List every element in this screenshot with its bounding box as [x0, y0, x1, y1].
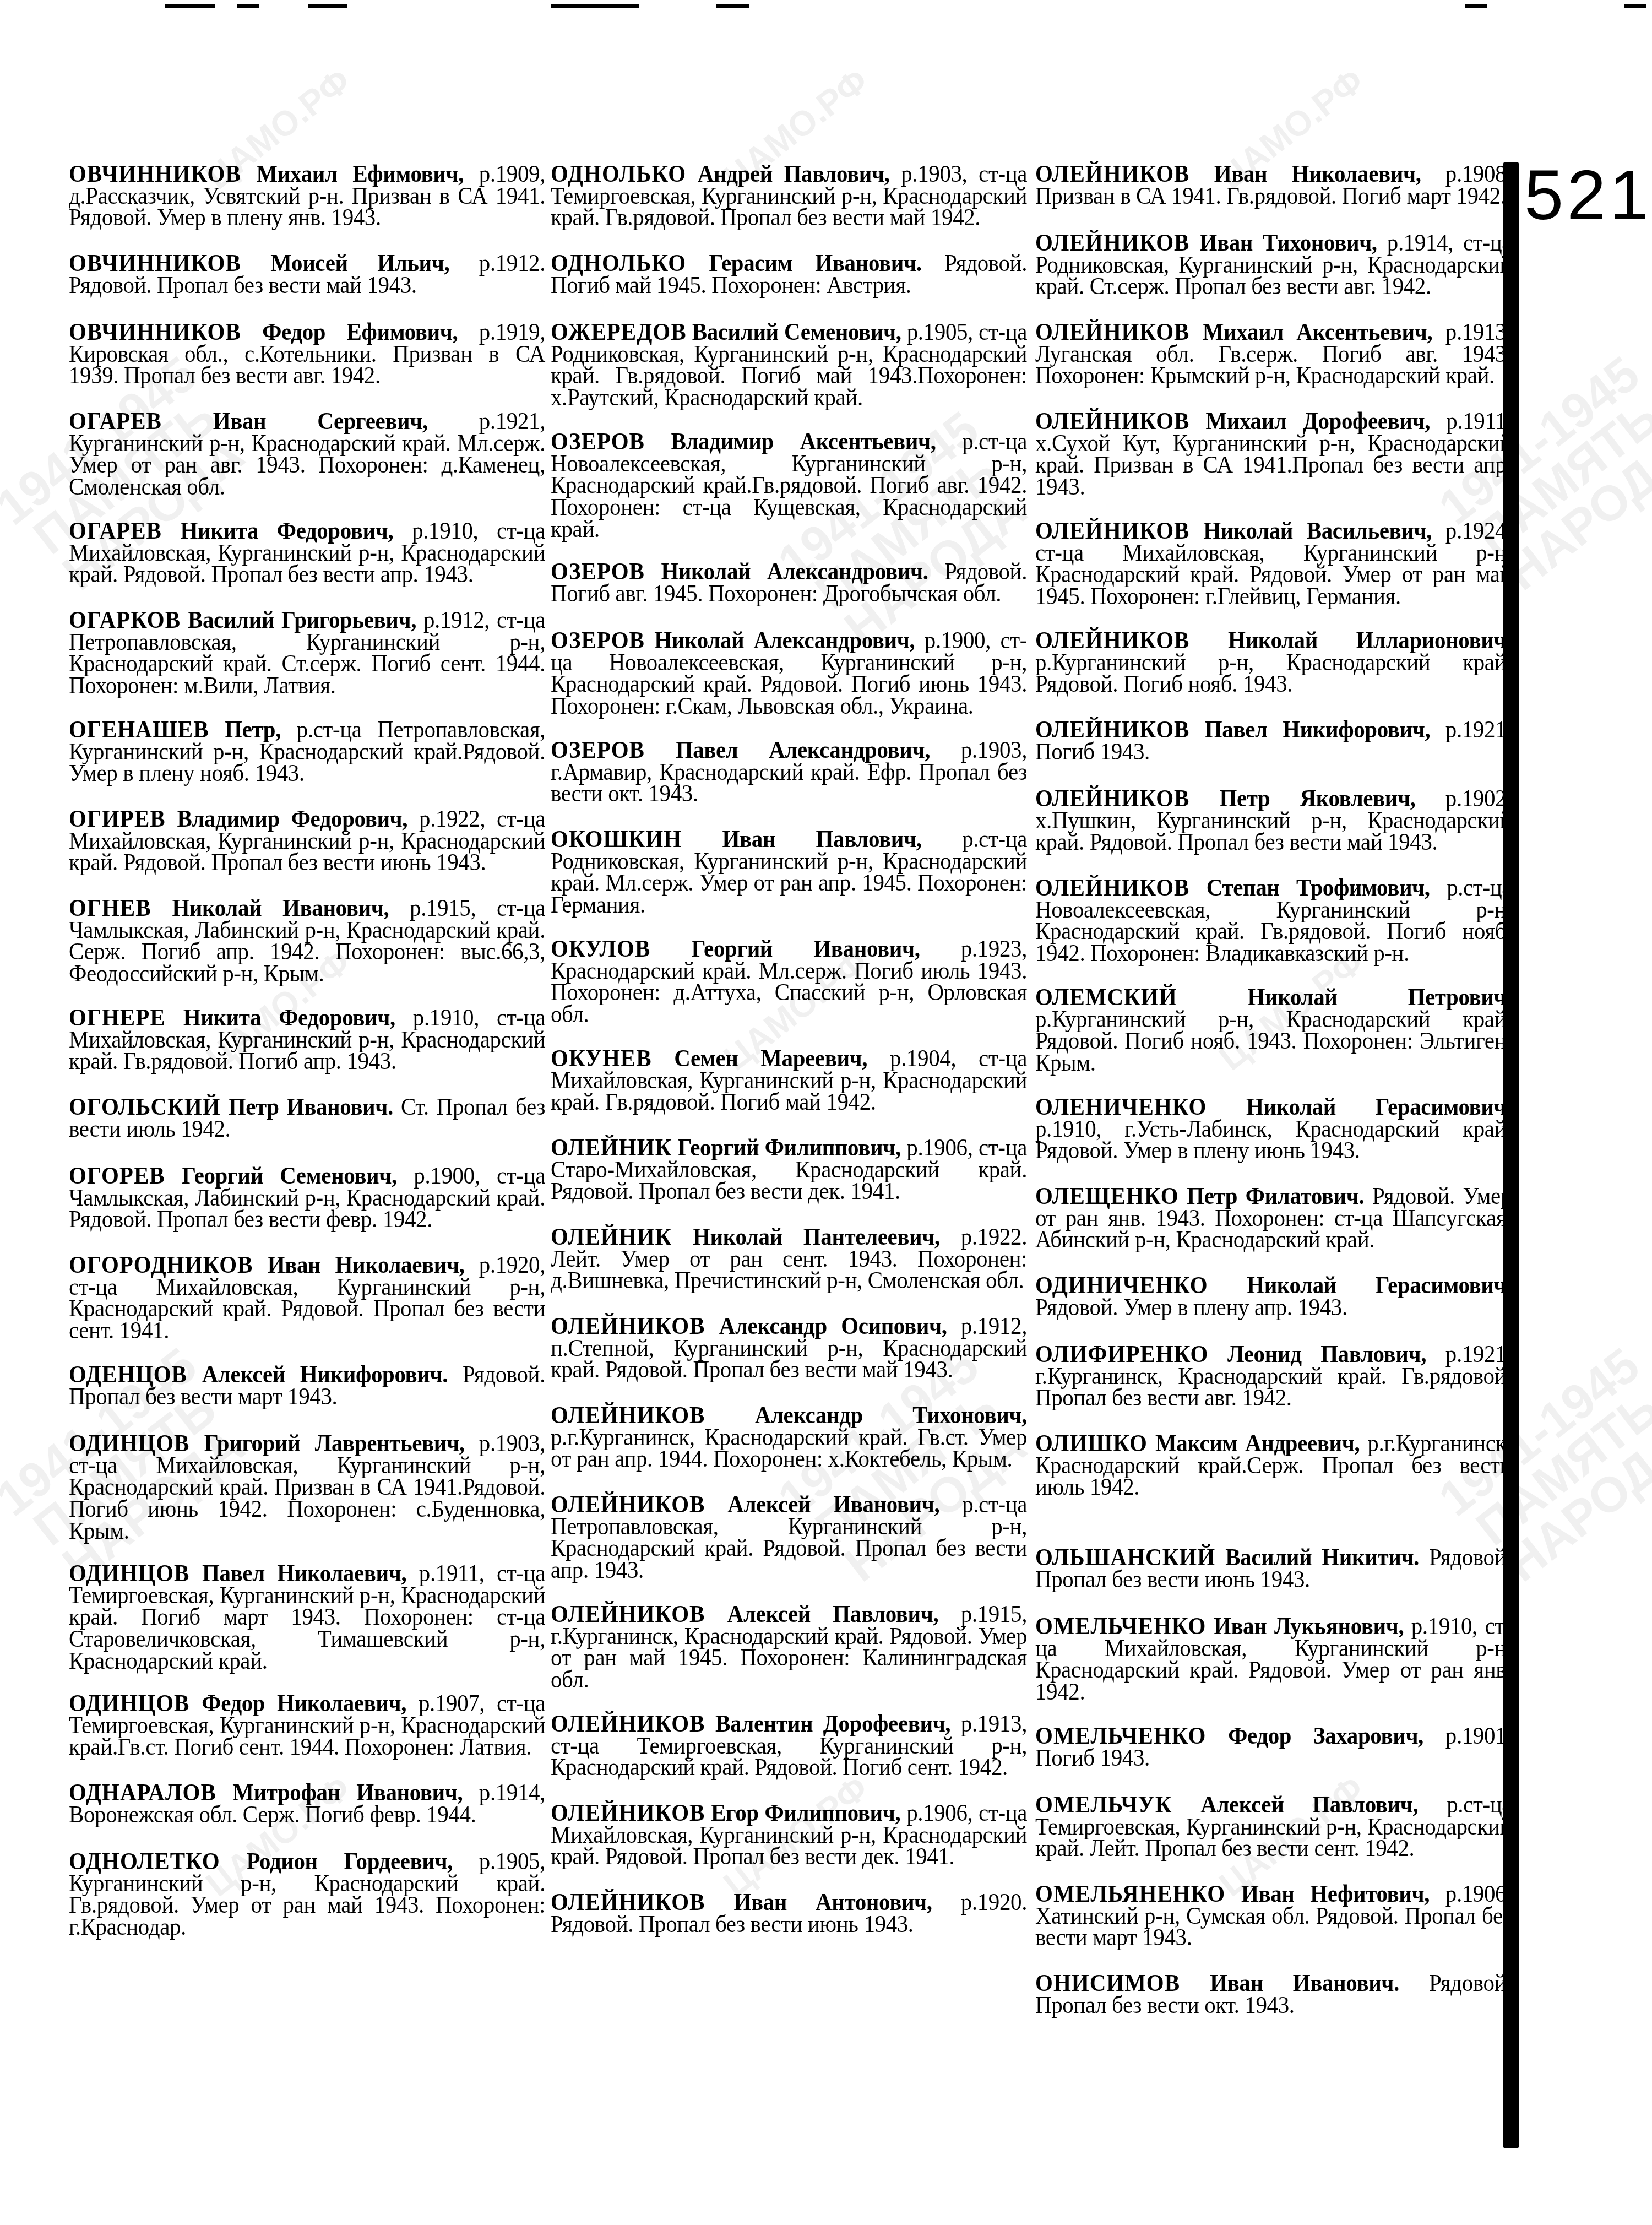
entry: ОГОЛЬСКИЙ Петр Иванович. Ст. Пропал без … [69, 1095, 545, 1139]
entry: ОЛЕЙНИКОВ Алексей Иванович, р.ст-ца Петр… [551, 1493, 1027, 1581]
entry: ОДИНЦОВ Павел Николаевич, р.1911, ст-ца … [69, 1562, 545, 1672]
entry: ОДИНИЧЕНКО Николай Герасимович. Рядовой.… [1035, 1274, 1512, 1318]
entry-details: Рядовой. Умер в плену апр. 1943. [1035, 1293, 1347, 1321]
scan-speck [237, 4, 259, 8]
entry: ОГАРЕВ Никита Федорович, р.1910, ст-ца М… [69, 519, 545, 585]
entry: ОГОРЕВ Георгий Семенович, р.1900, ст-ца … [69, 1164, 545, 1230]
scan-noise [0, 0, 1652, 17]
entry-given-name: Петр Иванович. [229, 1093, 393, 1120]
entry: ОЗЕРОВ Николай Александрович. Рядовой. П… [551, 560, 1027, 604]
entry: ОМЕЛЬЧЕНКО Федор Захарович, р.1901. Поги… [1035, 1724, 1512, 1768]
entry: ОДЕНЦОВ Алексей Никифорович. Рядовой. Пр… [69, 1363, 545, 1407]
entry: ОЛЕЙНИКОВ Иван Антонович, р.1920. Рядово… [551, 1891, 1027, 1935]
entry: ОЛИФИРЕНКО Леонид Павлович, р.1921, г.Ку… [1035, 1343, 1512, 1409]
scan-speck [551, 4, 639, 8]
entry-details: р.Курганинский р-н, Краснодарский край. … [1035, 1005, 1512, 1077]
entry: ОВЧИННИКОВ Моисей Ильич, р.1912. Рядовой… [69, 252, 545, 296]
entry: ОЛЕНИЧЕНКО Николай Герасимович, р.1910, … [1035, 1095, 1512, 1162]
entry: ОКОШКИН Иван Павлович, р.ст-ца Родниковс… [551, 828, 1027, 916]
scan-speck [1465, 4, 1487, 8]
entry: ОЛЕЙНИКОВ Иван Николаевич, р.1908, Призв… [1035, 162, 1512, 207]
scan-speck [716, 4, 749, 8]
entry: ОЛЕМСКИЙ Николай Петрович, р.Курганински… [1035, 986, 1512, 1074]
scan-speck [165, 4, 215, 8]
entry: ОЛЕЙНИК Георгий Филиппович, р.1906, ст-ц… [551, 1136, 1027, 1202]
entry: ОЛЕЙНИКОВ Александр Тихонович, р.г.Курга… [551, 1404, 1027, 1470]
entry: ОДИНЦОВ Григорий Лаврентьевич, р.1903, с… [69, 1432, 545, 1542]
entry: ОГОРОДНИКОВ Иван Николаевич, р.1920, ст-… [69, 1253, 545, 1342]
entry: ОЖЕРЕДОВ Василий Семенович, р.1905, ст-ц… [551, 321, 1027, 409]
entry: ОЛЕЙНИК Николай Пантелеевич, р.1922. Лей… [551, 1225, 1027, 1291]
entry: ОВЧИННИКОВ Михаил Ефимович, р.1909, д.Ра… [69, 162, 545, 229]
entry: ОЛЕЙНИКОВ Валентин Дорофеевич, р.1913, с… [551, 1712, 1027, 1778]
entry-given-name: Павел Никифорович, [1205, 715, 1430, 743]
entry: ОЛЕЙНИКОВ Александр Осипович, р.1912, п.… [551, 1315, 1027, 1381]
entry: ОГЕНАШЕВ Петр, р.ст-ца Петропавловская, … [69, 718, 545, 784]
entry: ОДНАРАЛОВ Митрофан Иванович, р.1914, Вор… [69, 1781, 545, 1825]
entry: ОГНЕРЕ Никита Федорович, р.1910, ст-ца М… [69, 1006, 545, 1072]
entry: ОМЕЛЬЧЕНКО Иван Лукьянович, р.1910, ст-ц… [1035, 1615, 1512, 1703]
page-number: 521 [1524, 165, 1652, 226]
entry: ОЛЕЙНИКОВ Егор Филиппович, р.1906, ст-ца… [551, 1801, 1027, 1868]
column-2: ОДНОЛЬКО Андрей Павлович, р.1903, ст-ца … [551, 162, 1027, 1960]
entry: ОЛЕЩЕНКО Петр Филатович. Рядовой. Умер о… [1035, 1185, 1512, 1251]
entry: ОГАРЕВ Иван Сергеевич, р.1921, Курганинс… [69, 410, 545, 498]
entry: ОЛЕЙНИКОВ Алексей Павлович, р.1915, г.Ку… [551, 1603, 1027, 1691]
entry: ОЛЕЙНИКОВ Петр Яковлевич, р.1902, х.Пушк… [1035, 787, 1512, 853]
scan-speck [308, 4, 347, 8]
entry: ОЗЕРОВ Николай Александрович, р.1900, ст… [551, 629, 1027, 717]
entry: ОНИСИМОВ Иван Иванович. Рядовой. Пропал … [1035, 1972, 1512, 2016]
entry: ОЛЕЙНИКОВ Николай Васильевич, р.1924, ст… [1035, 519, 1512, 607]
entry: ОЗЕРОВ Павел Александрович, р.1903, г.Ар… [551, 739, 1027, 805]
scan-speck [1624, 4, 1646, 8]
entry: ОЛИШКО Максим Андреевич, р.г.Курганинск,… [1035, 1432, 1512, 1498]
entry: ОДНОЛЕТКО Родион Гордеевич, р.1905, Кург… [69, 1850, 545, 1938]
entry: ОГИРЕВ Владимир Федорович, р.1922, ст-ца… [69, 807, 545, 873]
entry-given-name: Федор Захарович, [1228, 1722, 1423, 1749]
entry: ОЛЕЙНИКОВ Иван Тихонович, р.1914, ст-ца … [1035, 231, 1512, 297]
column-3: ОЛЕЙНИКОВ Иван Николаевич, р.1908, Призв… [1035, 162, 1512, 2041]
column-1: ОВЧИННИКОВ Михаил Ефимович, р.1909, д.Ра… [69, 162, 545, 1960]
entry: ОЛЕЙНИКОВ Павел Никифорович, р.1921. Пог… [1035, 718, 1512, 762]
entry: ОДНОЛЬКО Андрей Павлович, р.1903, ст-ца … [551, 162, 1027, 229]
entry: ОЗЕРОВ Владимир Аксентьевич, р.ст-ца Нов… [551, 430, 1027, 540]
entry: ОГАРКОВ Василий Григорьевич, р.1912, ст-… [69, 609, 545, 697]
entry: ОКУЛОВ Георгий Иванович, р.1923, Краснод… [551, 937, 1027, 1025]
entry-details: р.г.Курганинск, Краснодарский край. Гв.с… [551, 1423, 1027, 1473]
entry: ОЛЕЙНИКОВ Степан Трофимович, р.ст-ца Нов… [1035, 876, 1512, 964]
entry-details: р.1910, г.Усть-Лабинск, Краснодарский кр… [1035, 1115, 1512, 1164]
entry: ОЛЕЙНИКОВ Николай Илларионович, р.Курган… [1035, 629, 1512, 695]
entry: ОДНОЛЬКО Герасим Иванович. Рядовой. Поги… [551, 252, 1027, 296]
entry: ОГНЕВ Николай Иванович, р.1915, ст-ца Ча… [69, 897, 545, 985]
vertical-margin-rule [1503, 162, 1519, 2148]
document-page: ЦАМО.РФ ЦАМО.РФ ЦАМО.РФ ЦАМО.РФ ЦАМО.РФ … [0, 0, 1652, 2225]
entry: ОЛЬШАНСКИЙ Василий Никитич. Рядовой. Про… [1035, 1546, 1512, 1590]
entry: ОКУНЕВ Семен Мареевич, р.1904, ст-ца Мих… [551, 1047, 1027, 1113]
entry: ОДИНЦОВ Федор Николаевич, р.1907, ст-ца … [69, 1692, 545, 1758]
entry: ОМЕЛЬЧУК Алексей Павлович, р.ст-ца Темир… [1035, 1793, 1512, 1859]
entry-details: р.Курганинский р-н, Краснодарский край. … [1035, 648, 1512, 698]
entry: ОЛЕЙНИКОВ Михаил Дорофеевич, р.1911, х.С… [1035, 410, 1512, 498]
entry: ОВЧИННИКОВ Федор Ефимович, р.1919, Киров… [69, 321, 545, 387]
entry: ОЛЕЙНИКОВ Михаил Аксентьевич, р.1913, Лу… [1035, 321, 1512, 387]
entry: ОМЕЛЬЯНЕНКО Иван Нефитович, р.1906, Хати… [1035, 1882, 1512, 1949]
